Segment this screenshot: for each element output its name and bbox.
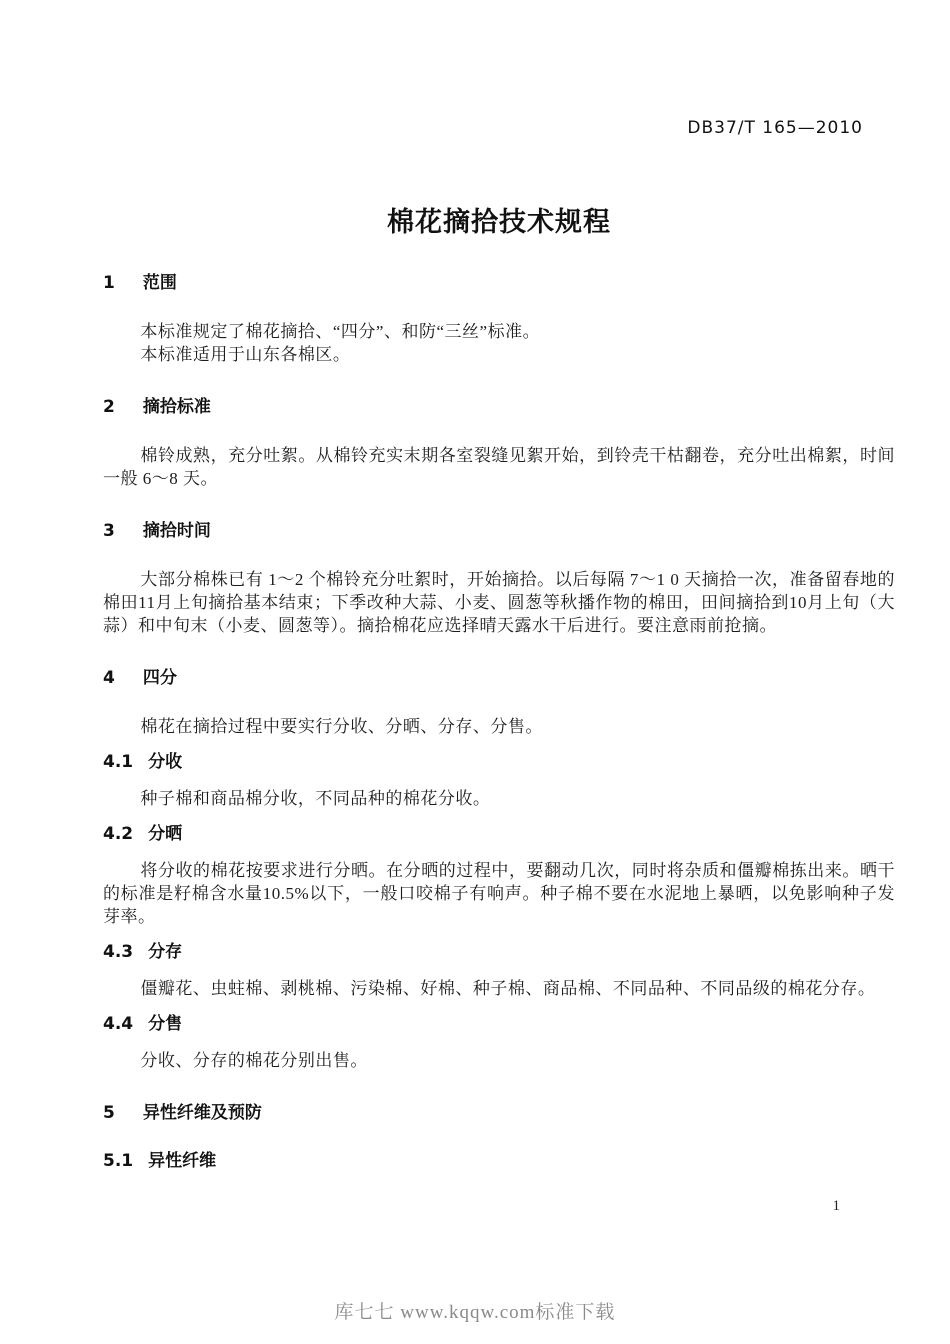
section-heading: 4.3分存	[103, 941, 895, 963]
section-4.3: 4.3分存僵瓣花、虫蛀棉、剥桃棉、污染棉、好棉、种子棉、商品棉、不同品种、不同品…	[103, 941, 895, 1000]
section-4.4: 4.4分售分收、分存的棉花分别出售。	[103, 1013, 895, 1072]
section-number: 1	[103, 272, 115, 294]
paragraph: 棉铃成熟，充分吐絮。从棉铃充实末期各室裂缝见絮开始，到铃壳干枯翻卷，充分吐出棉絮…	[103, 444, 895, 490]
paragraph: 本标准规定了棉花摘拾、“四分”、和防“三丝”标准。	[103, 320, 895, 343]
section-4: 4四分棉花在摘拾过程中要实行分收、分晒、分存、分售。	[103, 667, 895, 738]
paragraph: 本标准适用于山东各棉区。	[103, 343, 895, 366]
paragraph: 种子棉和商品棉分收，不同品种的棉花分收。	[103, 787, 895, 810]
section-title: 分售	[148, 1014, 182, 1034]
section-heading: 4.4分售	[103, 1013, 895, 1035]
section-title: 分晒	[148, 824, 182, 844]
section-title: 范围	[143, 273, 177, 293]
section-title: 分收	[148, 752, 182, 772]
section-2: 2摘拾标准棉铃成熟，充分吐絮。从棉铃充实末期各室裂缝见絮开始，到铃壳干枯翻卷，充…	[103, 396, 895, 490]
section-title: 异性纤维	[148, 1151, 216, 1171]
section-5.1: 5.1异性纤维	[103, 1150, 895, 1172]
footer-text: 库七七 www.kqqw.com标准下载	[335, 1302, 616, 1323]
footer-watermark: 库七七 www.kqqw.com标准下载	[0, 1302, 950, 1324]
document-page: DB37/T 165—2010 棉花摘拾技术规程 1范围本标准规定了棉花摘拾、“…	[0, 0, 950, 1344]
paragraph: 分收、分存的棉花分别出售。	[103, 1049, 895, 1072]
paragraph: 将分收的棉花按要求进行分晒。在分晒的过程中，要翻动几次，同时将杂质和僵瓣棉拣出来…	[103, 859, 895, 928]
document-body: 1范围本标准规定了棉花摘拾、“四分”、和防“三丝”标准。本标准适用于山东各棉区。…	[103, 272, 895, 1172]
paragraph: 棉花在摘拾过程中要实行分收、分晒、分存、分售。	[103, 715, 895, 738]
section-title: 摘拾标准	[143, 397, 211, 417]
section-heading: 4四分	[103, 667, 895, 689]
section-5: 5异性纤维及预防	[103, 1102, 895, 1124]
section-4.2: 4.2分晒将分收的棉花按要求进行分晒。在分晒的过程中，要翻动几次，同时将杂质和僵…	[103, 823, 895, 928]
section-heading: 1范围	[103, 272, 895, 294]
section-number: 4.3	[103, 941, 133, 963]
paragraph: 僵瓣花、虫蛀棉、剥桃棉、污染棉、好棉、种子棉、商品棉、不同品种、不同品级的棉花分…	[103, 977, 895, 1000]
section-heading: 4.2分晒	[103, 823, 895, 845]
section-heading: 3摘拾时间	[103, 520, 895, 542]
section-4.1: 4.1分收种子棉和商品棉分收，不同品种的棉花分收。	[103, 751, 895, 810]
section-number: 4.2	[103, 823, 133, 845]
section-number: 5.1	[103, 1150, 133, 1172]
section-number: 4.1	[103, 751, 133, 773]
section-title: 四分	[143, 668, 177, 688]
section-number: 2	[103, 396, 115, 418]
document-header: DB37/T 165—2010	[103, 118, 895, 138]
document-title: 棉花摘拾技术规程	[103, 204, 895, 242]
section-number: 3	[103, 520, 115, 542]
section-heading: 2摘拾标准	[103, 396, 895, 418]
section-number: 5	[103, 1102, 115, 1124]
standard-code: DB37/T 165—2010	[687, 118, 863, 138]
paragraph: 大部分棉株已有 1～2 个棉铃充分吐絮时，开始摘拾。以后每隔 7～1 0 天摘拾…	[103, 568, 895, 637]
section-heading: 4.1分收	[103, 751, 895, 773]
section-title: 异性纤维及预防	[143, 1103, 262, 1123]
section-heading: 5异性纤维及预防	[103, 1102, 895, 1124]
section-heading: 5.1异性纤维	[103, 1150, 895, 1172]
section-3: 3摘拾时间大部分棉株已有 1～2 个棉铃充分吐絮时，开始摘拾。以后每隔 7～1 …	[103, 520, 895, 637]
section-number: 4	[103, 667, 115, 689]
section-title: 摘拾时间	[143, 521, 211, 541]
section-1: 1范围本标准规定了棉花摘拾、“四分”、和防“三丝”标准。本标准适用于山东各棉区。	[103, 272, 895, 366]
section-number: 4.4	[103, 1013, 133, 1035]
section-title: 分存	[148, 942, 182, 962]
page-number: 1	[103, 1196, 895, 1216]
